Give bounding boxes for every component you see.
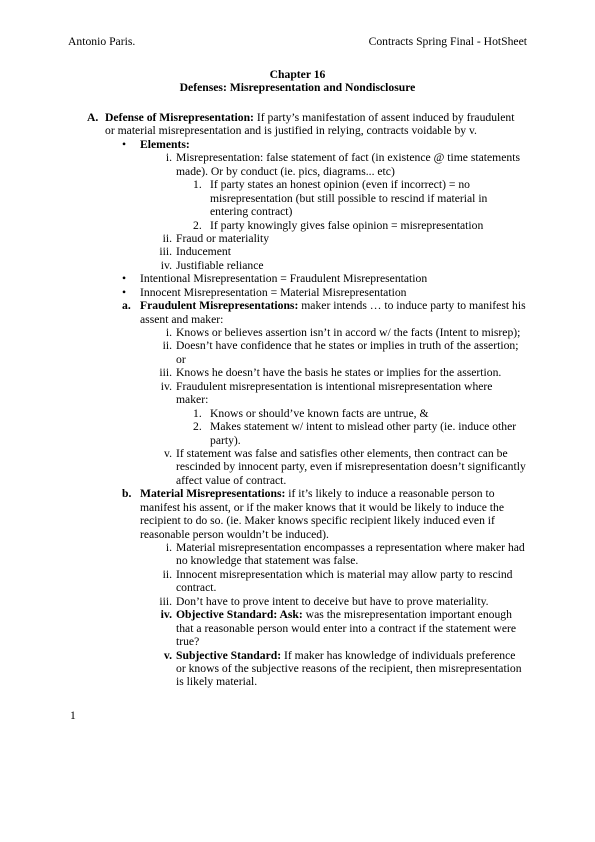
- item-marker: 2.: [193, 219, 202, 232]
- list-item: •Elements:: [68, 138, 527, 151]
- item-text: Don’t have to prove intent to deceive bu…: [176, 595, 489, 608]
- list-item: iii.Don’t have to prove intent to deceiv…: [68, 595, 527, 608]
- item-marker: iv.: [128, 608, 172, 621]
- item-text: Fraudulent misrepresentation is intentio…: [176, 380, 492, 406]
- item-marker: b.: [122, 487, 131, 500]
- item-marker: i.: [128, 541, 172, 554]
- list-item: iv.Objective Standard: Ask: was the misr…: [68, 608, 527, 648]
- list-item: b.Material Misrepresentations: if it’s l…: [68, 487, 527, 541]
- list-item: iii.Inducement: [68, 245, 527, 258]
- item-text: Misrepresentation: false statement of fa…: [176, 151, 520, 177]
- list-item: iv.Justifiable reliance: [68, 259, 527, 272]
- chapter-subheading: Defenses: Misrepresentation and Nondiscl…: [0, 81, 595, 94]
- item-text: Innocent Misrepresentation = Material Mi…: [140, 286, 406, 299]
- list-item: iii.Knows he doesn’t have the basis he s…: [68, 366, 527, 379]
- item-marker: i.: [128, 326, 172, 339]
- item-text: If statement was false and satisfies oth…: [176, 447, 526, 487]
- item-marker: ii.: [128, 568, 172, 581]
- item-marker: a.: [122, 299, 131, 312]
- item-marker: iii.: [128, 595, 172, 608]
- list-item: A.Defense of Misrepresentation: If party…: [68, 111, 527, 138]
- list-item: i.Material misrepresentation encompasses…: [68, 541, 527, 568]
- item-marker: v.: [128, 649, 172, 662]
- item-marker: iii.: [128, 366, 172, 379]
- item-bold-text: Objective Standard: Ask:: [176, 608, 303, 621]
- item-marker: iv.: [128, 380, 172, 393]
- chapter-heading: Chapter 16: [0, 68, 595, 81]
- item-marker: 2.: [193, 420, 202, 433]
- item-marker: 1.: [193, 178, 202, 191]
- page-number: 1: [70, 709, 76, 722]
- list-item: ii.Fraud or materiality: [68, 232, 527, 245]
- outline: A.Defense of Misrepresentation: If party…: [68, 111, 527, 689]
- item-text: Justifiable reliance: [176, 259, 264, 272]
- item-marker: 1.: [193, 407, 202, 420]
- item-bold-text: Material Misrepresentations:: [140, 487, 285, 500]
- item-bold-text: Fraudulent Misrepresentations:: [140, 299, 298, 312]
- item-marker: ii.: [128, 339, 172, 352]
- list-item: iv.Fraudulent misrepresentation is inten…: [68, 380, 527, 407]
- item-text: If party states an honest opinion (even …: [210, 178, 487, 218]
- list-item: •Intentional Misrepresentation = Fraudul…: [68, 272, 527, 285]
- list-item: v.Subjective Standard: If maker has know…: [68, 649, 527, 689]
- item-text: If party knowingly gives false opinion =…: [210, 219, 483, 232]
- item-marker: ii.: [128, 232, 172, 245]
- item-bold-text: Elements:: [140, 138, 190, 151]
- list-item: i.Knows or believes assertion isn’t in a…: [68, 326, 527, 339]
- item-marker: A.: [87, 111, 98, 124]
- bullet-icon: •: [122, 138, 126, 151]
- item-bold-text: Subjective Standard:: [176, 649, 281, 662]
- item-marker: iii.: [128, 245, 172, 258]
- list-item: a.Fraudulent Misrepresentations: maker i…: [68, 299, 527, 326]
- item-text: Doesn’t have confidence that he states o…: [176, 339, 518, 365]
- item-text: Fraud or materiality: [176, 232, 269, 245]
- item-text: Knows or should’ve known facts are untru…: [210, 407, 429, 420]
- item-bold-text: Defense of Misrepresentation:: [105, 111, 254, 124]
- item-text: Material misrepresentation encompasses a…: [176, 541, 525, 567]
- bullet-icon: •: [122, 286, 126, 299]
- header-doc-title: Contracts Spring Final - HotSheet: [369, 35, 527, 48]
- list-item: ii.Doesn’t have confidence that he state…: [68, 339, 527, 366]
- document-page: Antonio Paris. Contracts Spring Final - …: [0, 0, 595, 842]
- list-item: 2.If party knowingly gives false opinion…: [68, 219, 527, 232]
- list-item: 2.Makes statement w/ intent to mislead o…: [68, 420, 527, 447]
- item-text: Knows or believes assertion isn’t in acc…: [176, 326, 520, 339]
- page-header: Antonio Paris. Contracts Spring Final - …: [68, 35, 527, 48]
- item-marker: v.: [128, 447, 172, 460]
- item-text: Makes statement w/ intent to mislead oth…: [210, 420, 516, 446]
- item-text: Intentional Misrepresentation = Fraudule…: [140, 272, 427, 285]
- list-item: 1.Knows or should’ve known facts are unt…: [68, 407, 527, 420]
- list-item: 1.If party states an honest opinion (eve…: [68, 178, 527, 218]
- item-text: Knows he doesn’t have the basis he state…: [176, 366, 501, 379]
- list-item: ii.Innocent misrepresentation which is m…: [68, 568, 527, 595]
- item-marker: iv.: [128, 259, 172, 272]
- item-marker: i.: [128, 151, 172, 164]
- list-item: v.If statement was false and satisfies o…: [68, 447, 527, 487]
- bullet-icon: •: [122, 272, 126, 285]
- list-item: •Innocent Misrepresentation = Material M…: [68, 286, 527, 299]
- chapter-title-block: Chapter 16 Defenses: Misrepresentation a…: [0, 68, 595, 95]
- header-author: Antonio Paris.: [68, 35, 135, 48]
- list-item: i.Misrepresentation: false statement of …: [68, 151, 527, 178]
- item-text: Inducement: [176, 245, 231, 258]
- item-text: Innocent misrepresentation which is mate…: [176, 568, 513, 594]
